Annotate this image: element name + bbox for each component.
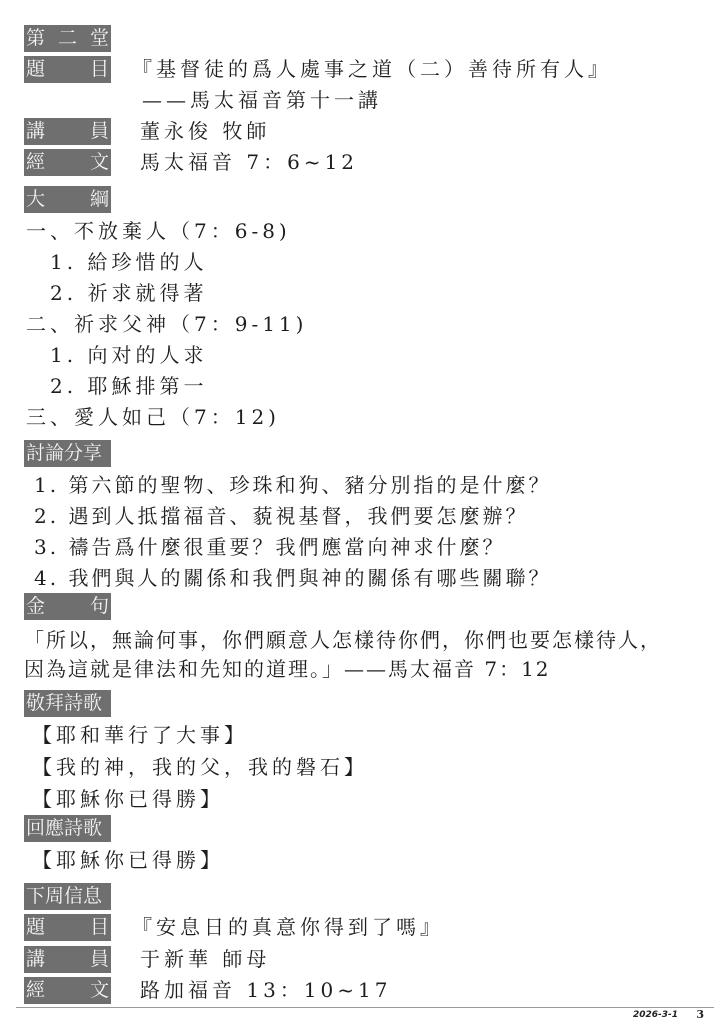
next-scripture-label-char: 文 [90, 977, 109, 1004]
sermon-subtitle: ——馬太福音第十一講 [142, 87, 382, 114]
worship-song: 【我的神，我的父，我的磐石】 [32, 754, 368, 781]
next-title-label-char: 題 [26, 914, 45, 941]
outline-label: 大 綱 [24, 186, 111, 213]
next-speaker-label-char: 員 [90, 946, 109, 973]
next-title-label-char: 目 [90, 914, 109, 941]
session-label-char: 第 [26, 25, 45, 52]
golden-verse-line: 因為這就是律法和先知的道理。」——馬太福音 7：12 [24, 656, 551, 683]
response-songs-label: 回應詩歌 [24, 815, 111, 842]
outline-subpoint: 1. 向对的人求 [50, 342, 207, 369]
discussion-question: 3. 禱告爲什麼很重要？我們應當向神求什麼？ [34, 534, 505, 561]
title-label: 題 目 [24, 56, 111, 83]
discussion-question: 2. 遇到人抵擋福音、藐視基督，我們要怎麼辦？ [34, 503, 528, 530]
next-week-label: 下周信息 [24, 883, 111, 910]
title-label-char: 題 [26, 56, 45, 83]
scripture-label-char: 文 [90, 149, 109, 176]
discussion-question: 1. 第六節的聖物、珍珠和狗、豬分別指的是什麼？ [34, 472, 551, 499]
next-speaker-label: 講 員 [24, 946, 111, 973]
discussion-label: 討論分享 [24, 440, 111, 467]
speaker-label-char: 員 [90, 118, 109, 145]
sermon-speaker: 董永俊 牧師 [140, 118, 270, 145]
session-label-char: 二 [58, 25, 77, 52]
sermon-scripture: 馬太福音 7：6~12 [140, 149, 358, 176]
worship-song: 【耶和華行了大事】 [32, 722, 248, 749]
outline-label-char: 綱 [90, 186, 109, 213]
next-week-title: 『安息日的真意你得到了嗎』 [132, 914, 444, 941]
speaker-label-char: 講 [26, 118, 45, 145]
outline-subpoint: 2. 耶穌排第一 [50, 373, 207, 400]
next-week-speaker: 于新華 師母 [140, 946, 270, 973]
footer-divider [16, 1007, 714, 1008]
outline-subpoint: 1. 給珍惜的人 [50, 249, 207, 276]
title-label-char: 目 [90, 56, 109, 83]
next-week-scripture: 路加福音 13：10~17 [140, 977, 391, 1004]
outline-point: 一、不放棄人（7：6-8) [26, 218, 291, 245]
golden-verse-label-char: 句 [90, 593, 109, 620]
outline-label-char: 大 [26, 186, 45, 213]
next-speaker-label-char: 講 [26, 946, 45, 973]
scripture-label: 經 文 [24, 149, 111, 176]
golden-verse-line: 「所以，無論何事，你們願意人怎樣待你們，你們也要怎樣待人， [24, 627, 662, 654]
outline-point: 三、愛人如己（7：12) [26, 404, 280, 431]
next-scripture-label: 經 文 [24, 977, 111, 1004]
next-scripture-label-char: 經 [26, 977, 45, 1004]
next-title-label: 題 目 [24, 914, 111, 941]
response-song: 【耶穌你已得勝】 [32, 847, 224, 874]
golden-verse-label-char: 金 [26, 593, 45, 620]
page-number: 3 [696, 1008, 704, 1021]
discussion-question: 4. 我們與人的關係和我們與神的關係有哪些關聯？ [34, 565, 551, 592]
outline-point: 二、祈求父神（7：9-11) [26, 311, 307, 338]
worship-songs-label: 敬拜詩歌 [24, 690, 111, 717]
footer-date: 2026-3-1 [633, 1010, 678, 1020]
speaker-label: 講 員 [24, 118, 111, 145]
outline-subpoint: 2. 祈求就得著 [50, 280, 207, 307]
sermon-title: 『基督徒的爲人處事之道（二）善待所有人』 [132, 56, 612, 83]
golden-verse-label: 金 句 [24, 593, 111, 620]
worship-song: 【耶穌你已得勝】 [32, 786, 224, 813]
scripture-label-char: 經 [26, 149, 45, 176]
session-label-char: 堂 [90, 25, 109, 52]
session-label: 第 二 堂 [24, 25, 111, 52]
